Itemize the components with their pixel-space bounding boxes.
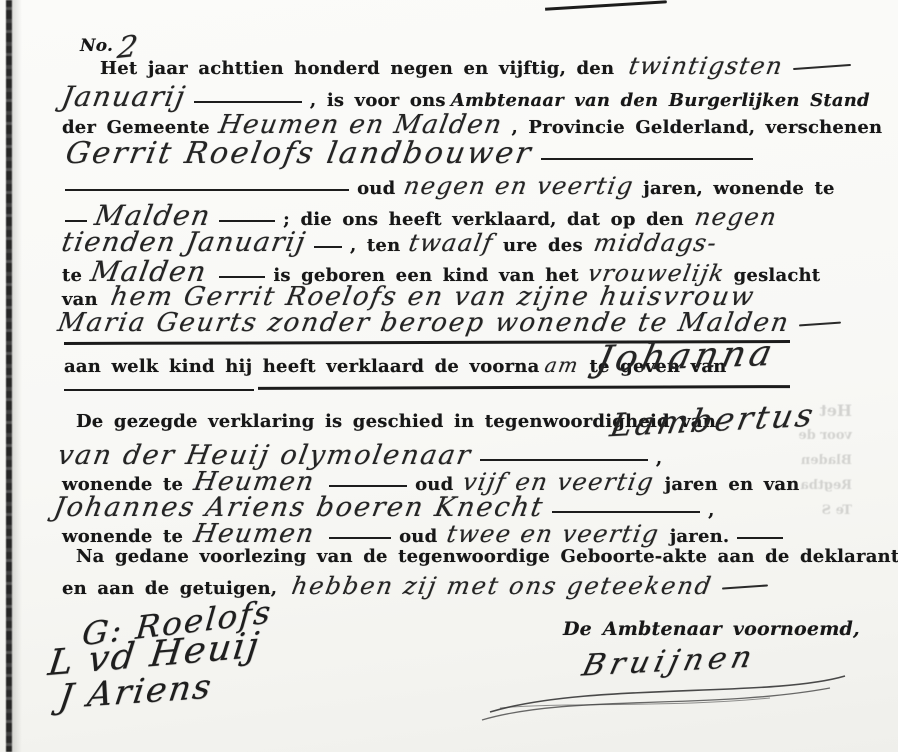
handwritten-birth-day-part2: tienden Januarij <box>59 227 308 258</box>
fill-rule <box>737 537 783 539</box>
handwritten-witness2-residence: Heumen <box>192 519 318 549</box>
line-declarant: Gerrit Roelofs landbouwer <box>66 136 756 171</box>
printed-text: oud <box>399 526 437 547</box>
line-birth-datetime: tienden Januarij , ten twaalf ure des mi… <box>62 227 717 258</box>
bleedthrough-fragment: Bladen <box>752 448 852 473</box>
fill-rule <box>552 511 700 514</box>
handwritten-witness2-age: twee en veertig <box>445 520 662 548</box>
printed-text: aan welk kind hij heeft verklaard de voo… <box>64 356 539 377</box>
fill-rule <box>258 385 790 389</box>
child-name: Johanna <box>598 336 775 377</box>
printed-text: oud <box>357 178 395 199</box>
page-gutter-shadow <box>12 0 22 752</box>
bleedthrough-fragment: Regtba <box>752 473 852 498</box>
handwritten-signing-statement: hebben zij met ons geteekend <box>290 572 715 600</box>
handwritten-correction: am <box>542 353 580 377</box>
bleedthrough-fragment: voor de <box>752 423 852 448</box>
fill-rule <box>314 246 342 248</box>
line-year: Het jaar achttien honderd negen en vijft… <box>100 52 851 80</box>
printed-text: wonende te <box>62 526 183 547</box>
handwritten-child-name: Johanna <box>593 333 780 380</box>
pen-flourish <box>722 584 768 589</box>
pen-flourish <box>793 64 851 70</box>
page-bleedthrough-text: Het voor de Bladen Regtba Te S <box>752 398 852 523</box>
handwritten-birth-hour: twaalf <box>407 229 496 257</box>
fill-rule <box>194 101 302 103</box>
printed-text: jaren. <box>670 526 730 547</box>
printed-text: , ten <box>350 235 400 256</box>
bleedthrough-fragment: Het <box>752 398 852 423</box>
scanned-birth-certificate-page: No. 2 Het jaar achttien honderd negen en… <box>0 0 898 752</box>
line-month: Januarij , is voor ons Ambtenaar van den… <box>62 80 870 113</box>
fill-rule <box>480 459 648 462</box>
handwritten-mother: Maria Geurts zonder beroep wonende te Ma… <box>55 308 792 338</box>
printed-text: van <box>62 289 98 310</box>
handwritten-declarant-name-occupation: Gerrit Roelofs landbouwer <box>63 136 536 171</box>
fill-rule <box>64 389 254 391</box>
line-closing-printed: Na gedane voorlezing van de tegenwoordig… <box>76 546 898 567</box>
line-mother: Maria Geurts zonder beroep wonende te Ma… <box>58 308 841 338</box>
fill-rule <box>219 220 275 222</box>
handwritten-declarant-age: negen en veertig <box>402 172 637 200</box>
line-declarant-age: oud negen en veertig jaren, wonende te <box>62 172 835 200</box>
official-title-line: De Ambtenaar voornoemd, <box>563 618 860 640</box>
fill-rule <box>329 485 407 487</box>
scan-artifact-stroke <box>545 0 667 10</box>
printed-text: , <box>656 448 662 469</box>
fill-rule <box>65 220 87 222</box>
handwritten-time-of-day: middags- <box>591 229 719 257</box>
printed-text: , is voor ons <box>310 90 446 111</box>
printed-text: der Gemeente <box>62 117 210 138</box>
printed-text: Na gedane voorlezing van de tegenwoordig… <box>76 546 898 567</box>
handwritten-registration-month: Januarij <box>59 80 189 113</box>
fill-rule <box>329 537 391 539</box>
fill-rule <box>65 189 349 192</box>
printed-text: , <box>708 500 714 521</box>
signature-flourish <box>470 668 860 728</box>
printed-text: Het jaar achttien honderd negen en vijft… <box>100 58 614 79</box>
pen-flourish <box>799 322 841 327</box>
bleedthrough-fragment: Te S <box>752 498 852 523</box>
printed-text: , Provincie Gelderland, verschenen <box>511 117 882 138</box>
fill-rule <box>541 158 753 161</box>
printed-text: jaren, wonende te <box>643 178 834 199</box>
printed-text: ure des <box>503 235 583 256</box>
handwritten-registration-day: twintigsten <box>627 52 786 80</box>
printed-official-title: De Ambtenaar voornoemd, <box>563 618 860 640</box>
line-witness2-residence-age: wonende te Heumen oud twee en veertig ja… <box>62 519 786 549</box>
printed-italic-text: Ambtenaar van den Burgerlijken Stand <box>451 90 870 111</box>
fill-rule <box>219 276 265 278</box>
line-closing-handwritten: en aan de getuigen, hebben zij met ons g… <box>62 572 768 600</box>
